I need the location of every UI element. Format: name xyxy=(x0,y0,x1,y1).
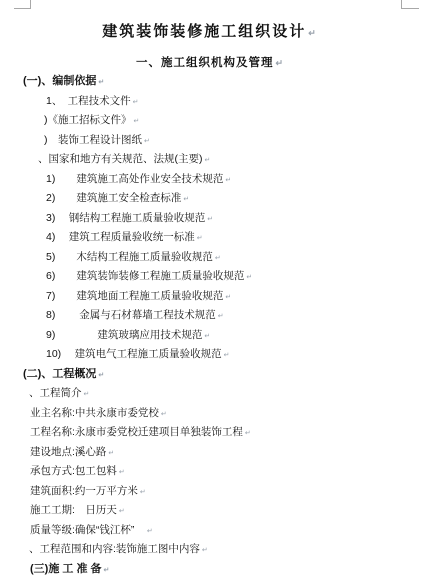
paragraph-mark-icon: ↵ xyxy=(119,469,125,476)
paragraph: 2) 建筑施工安全检查标准↵ xyxy=(46,192,189,206)
paragraph: 业主名称:中共永康市委党校↵ xyxy=(30,407,167,421)
paragraph-mark-icon: ↵ xyxy=(245,430,251,437)
paragraph-text: 质量等级:确保“钱江杯” xyxy=(30,524,145,536)
paragraph: (二)、工程概况↵ xyxy=(23,368,104,382)
paragraph: 、国家和地方有关规范、法规(主要)↵ xyxy=(38,153,210,167)
paragraph-text: 7) 建筑地面工程施工质量验收规范 xyxy=(46,290,223,302)
paragraph-text: 工程名称:永康市委党校迁建项目单独装饰工程 xyxy=(30,426,243,438)
paragraph-text: 业主名称:中共永康市委党校 xyxy=(30,407,159,419)
paragraph-text: 建设地点:溪心路 xyxy=(30,446,106,458)
paragraph: 7) 建筑地面工程施工质量验收规范↵ xyxy=(46,290,231,304)
paragraph-mark-icon: ↵ xyxy=(119,508,125,515)
paragraph-text: 9) 建筑玻璃应用技术规范 xyxy=(46,329,202,341)
paragraph-text: 3) 钢结构工程施工质量验收规范 xyxy=(46,212,205,224)
paragraph: 10) 建筑电气工程施工质量验收规范↵ xyxy=(46,348,229,362)
paragraph-mark-icon: ↵ xyxy=(104,567,110,574)
paragraph-text: 10) 建筑电气工程施工质量验收规范 xyxy=(46,348,222,360)
paragraph-mark-icon: ↵ xyxy=(98,79,104,86)
paragraph: (一)、编制依据↵ xyxy=(23,75,104,89)
paragraph: 1、 工程技术文件↵ xyxy=(46,95,138,109)
paragraph-mark-icon: ↵ xyxy=(144,138,150,145)
paragraph-text: 建筑面积:约一万平方米 xyxy=(30,485,138,497)
paragraph-mark-icon: ↵ xyxy=(204,333,210,340)
paragraph: 3) 钢结构工程施工质量验收规范↵ xyxy=(46,212,213,226)
paragraph-mark-icon: ↵ xyxy=(225,294,231,301)
paragraph-text: 4) 建筑工程质量验收统一标准 xyxy=(46,231,195,243)
paragraph: 工程名称:永康市委党校迁建项目单独装饰工程↵ xyxy=(30,426,251,440)
paragraph: 4) 建筑工程质量验收统一标准↵ xyxy=(46,231,203,245)
paragraph: )《施工招标文件》↵ xyxy=(44,114,139,128)
paragraph: 6) 建筑装饰装修工程施工质量验收规范↵ xyxy=(46,270,252,284)
paragraph-mark-icon: ↵ xyxy=(161,411,167,418)
paragraph-mark-icon: ↵ xyxy=(134,118,140,125)
paragraph: 8) 金属与石材幕墙工程技术规范↵ xyxy=(46,309,224,323)
paragraph-mark-icon: ↵ xyxy=(84,391,90,398)
paragraph-text: 承包方式:包工包料 xyxy=(30,465,117,477)
paragraph-text: 、工程范围和内容:装饰施工图中内容 xyxy=(29,543,200,555)
paragraph-mark-icon: ↵ xyxy=(205,157,211,164)
paragraph: 9) 建筑玻璃应用技术规范↵ xyxy=(46,329,210,343)
paragraph-text: )《施工招标文件》 xyxy=(44,114,132,126)
paragraph-mark-icon: ↵ xyxy=(218,313,224,320)
paragraph: 施工工期: 日历天↵ xyxy=(30,504,125,518)
paragraph-mark-icon: ↵ xyxy=(133,99,139,106)
paragraph-text: 、工程简介 xyxy=(29,387,82,399)
paragraph-text: 6) 建筑装饰装修工程施工质量验收规范 xyxy=(46,270,244,282)
paragraph-text: ) 装饰工程设计图纸 xyxy=(44,134,142,146)
paragraph-text: 1、 工程技术文件 xyxy=(46,95,131,107)
paragraph-mark-icon: ↵ xyxy=(224,352,230,359)
paragraph-text: (一)、编制依据 xyxy=(23,75,96,87)
paragraph: 建筑面积:约一万平方米↵ xyxy=(30,485,146,499)
document-body: (一)、编制依据↵1、 工程技术文件↵)《施工招标文件》↵) 装饰工程设计图纸↵… xyxy=(0,0,435,578)
paragraph: 建设地点:溪心路↵ xyxy=(30,446,114,460)
paragraph-text: 施工工期: 日历天 xyxy=(30,504,117,516)
paragraph: ) 装饰工程设计图纸↵ xyxy=(44,134,150,148)
paragraph-text: 、国家和地方有关规范、法规(主要) xyxy=(38,153,203,165)
paragraph-mark-icon: ↵ xyxy=(108,450,114,457)
paragraph-text: 2) 建筑施工安全检查标准 xyxy=(46,192,181,204)
paragraph-mark-icon: ↵ xyxy=(98,372,104,379)
paragraph: 1) 建筑施工高处作业安全技术规范↵ xyxy=(46,173,231,187)
document-page: 建筑装饰装修施工组织设计↵ 一、施工组织机构及管理↵ (一)、编制依据↵1、 工… xyxy=(0,0,435,578)
paragraph: 、工程简介↵ xyxy=(29,387,89,401)
paragraph-mark-icon: ↵ xyxy=(147,528,153,535)
paragraph-text: (二)、工程概况 xyxy=(23,368,96,380)
paragraph: 5) 木结构工程施工质量验收规范↵ xyxy=(46,251,221,265)
paragraph-mark-icon: ↵ xyxy=(207,216,213,223)
paragraph-mark-icon: ↵ xyxy=(197,235,203,242)
paragraph-mark-icon: ↵ xyxy=(246,274,252,281)
paragraph-mark-icon: ↵ xyxy=(140,489,146,496)
paragraph-text: 5) 木结构工程施工质量验收规范 xyxy=(46,251,213,263)
paragraph: (三)施 工 准 备↵ xyxy=(30,563,109,577)
paragraph-text: 1) 建筑施工高处作业安全技术规范 xyxy=(46,173,223,185)
paragraph-mark-icon: ↵ xyxy=(225,177,231,184)
paragraph-text: 8) 金属与石材幕墙工程技术规范 xyxy=(46,309,216,321)
paragraph-mark-icon: ↵ xyxy=(183,196,189,203)
paragraph: 质量等级:确保“钱江杯” ↵ xyxy=(30,524,153,538)
paragraph-mark-icon: ↵ xyxy=(215,255,221,262)
paragraph: 承包方式:包工包料↵ xyxy=(30,465,125,479)
paragraph-mark-icon: ↵ xyxy=(202,547,208,554)
paragraph: 、工程范围和内容:装饰施工图中内容↵ xyxy=(29,543,208,557)
paragraph-text: (三)施 工 准 备 xyxy=(30,563,102,575)
